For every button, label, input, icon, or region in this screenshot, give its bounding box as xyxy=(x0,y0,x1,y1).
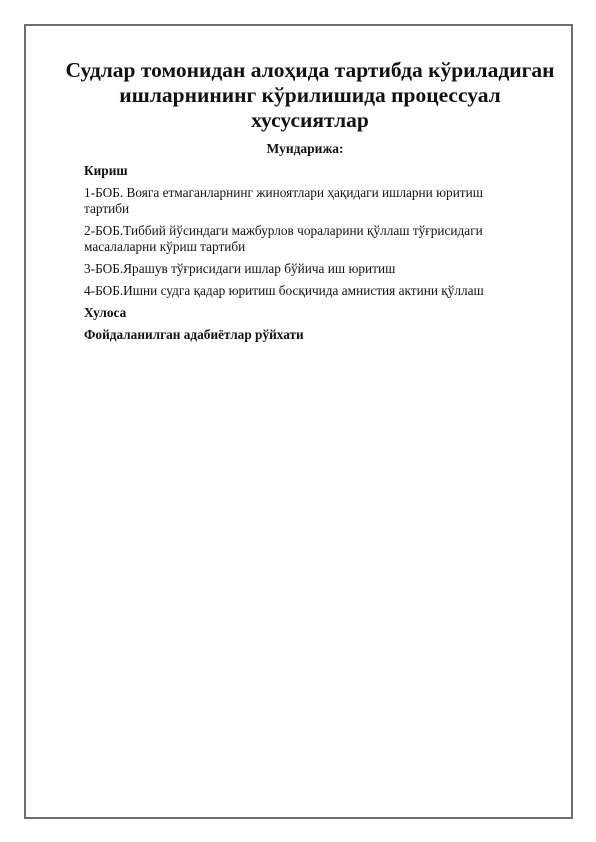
title-line-3: хусусиятлар xyxy=(251,108,369,132)
document-title: Судлар томонидан алоҳида тартибда кўрила… xyxy=(60,58,560,133)
toc-item-chapter-3: 3-БОБ.Ярашув тўғрисидаги ишлар бўйича иш… xyxy=(84,261,524,277)
toc-item-introduction: Кириш xyxy=(84,163,524,179)
toc-item-chapter-1: 1-БОБ. Вояга етмаганларнинг жиноятлари ҳ… xyxy=(84,185,524,217)
toc-item-chapter-2: 2-БОБ.Тиббий йўсиндаги мажбурлов чоралар… xyxy=(84,223,524,255)
table-of-contents-heading: Мундарижа: xyxy=(60,141,550,157)
toc-item-bibliography: Фойдаланилган адабиётлар рўйхати xyxy=(84,327,524,343)
title-line-1: Судлар томонидан алоҳида тартибда кўрила… xyxy=(65,58,554,82)
toc-item-conclusion: Хулоса xyxy=(84,305,524,321)
table-of-contents: Кириш 1-БОБ. Вояга етмаганларнинг жиноят… xyxy=(84,163,524,349)
title-line-2: ишларнининг кўрилишида процессуал xyxy=(119,83,500,107)
toc-item-chapter-4: 4-БОБ.Ишни судга қадар юритиш босқичида … xyxy=(84,283,524,299)
